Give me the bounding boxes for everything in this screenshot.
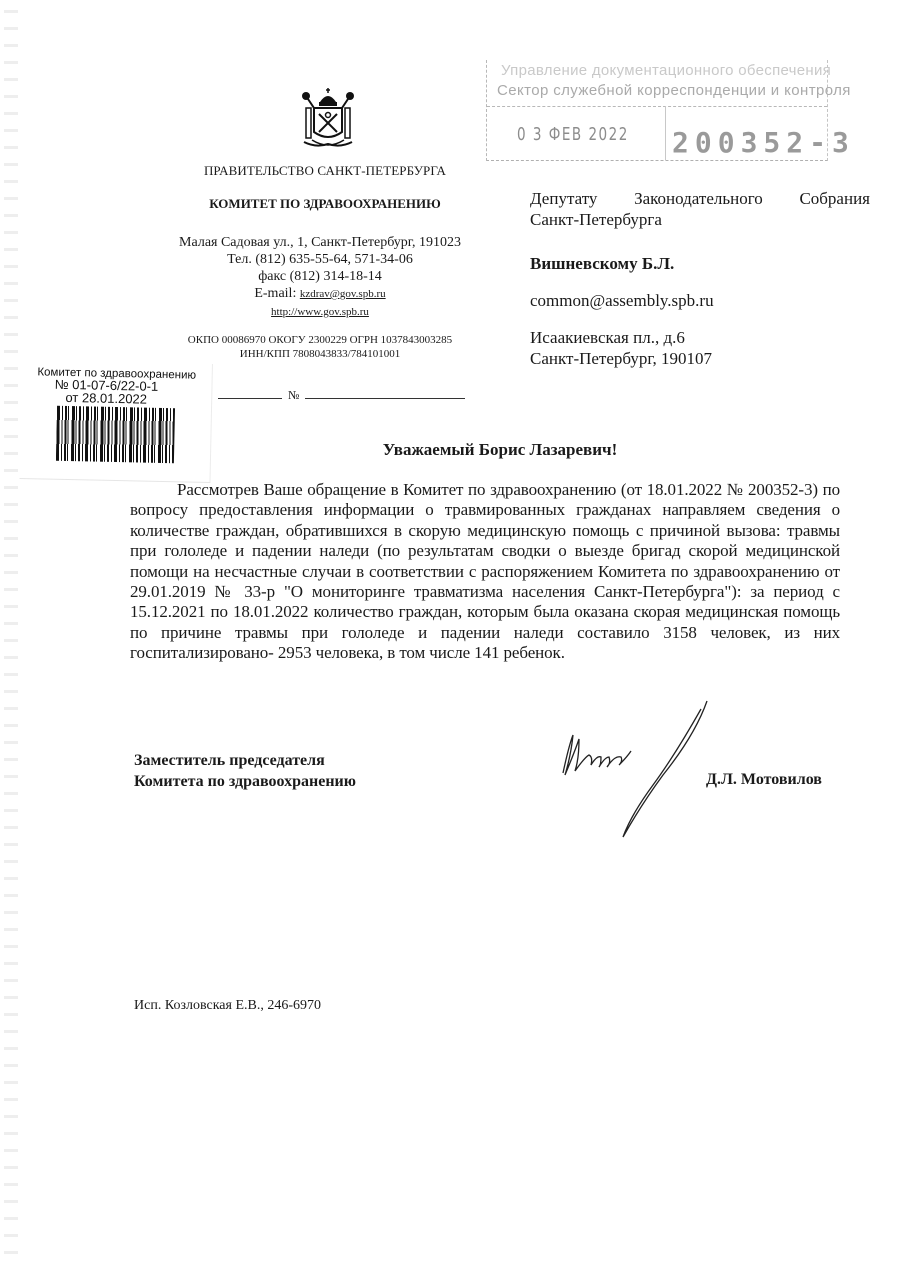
handwritten-signature-icon xyxy=(545,695,715,845)
stamp-divider xyxy=(487,106,827,107)
organization-ids: ОКПО 00086970 ОКОГУ 2300229 ОГРН 1037843… xyxy=(150,333,490,361)
stamp-vertical-divider xyxy=(665,106,666,160)
salutation: Уважаемый Борис Лазаревич! xyxy=(130,440,870,460)
recipient-name: Вишневскому Б.Л. xyxy=(530,253,870,274)
stamp-department: Управление документационного обеспечения xyxy=(501,62,831,79)
stamp-date: 0 3 ФЕВ 2022 xyxy=(517,124,629,145)
letterhead-phone: Тел. (812) 635-55-64, 571-34-06 xyxy=(150,251,490,268)
letterhead-address: Малая Садовая ул., 1, Санкт-Петербург, 1… xyxy=(150,234,490,251)
barcode-label: Комитет по здравоохранению № 01-07-6/22-… xyxy=(20,360,213,483)
executor-info: Исп. Козловская Е.В., 246-6970 xyxy=(134,998,321,1014)
outgoing-number-blank xyxy=(305,398,465,399)
letterhead-fax: факс (812) 314-18-14 xyxy=(150,268,490,285)
ids-line-1: ОКПО 00086970 ОКОГУ 2300229 ОГРН 1037843… xyxy=(150,333,490,347)
email-link[interactable]: kzdrav@gov.spb.ru xyxy=(300,288,386,300)
stamp-sector: Сектор служебной корреспонденции и контр… xyxy=(497,82,851,99)
coat-of-arms-icon xyxy=(298,88,358,150)
recipient-email: common@assembly.spb.ru xyxy=(530,290,870,311)
recipient-city: Санкт-Петербурга xyxy=(530,209,870,230)
letter-body: Рассмотрев Ваше обращение в Комитет по з… xyxy=(130,480,840,664)
signatory-name: Д.Л. Мотовилов xyxy=(706,771,822,789)
recipient-block: Депутату Законодательного Собрания Санкт… xyxy=(530,188,870,369)
letterhead-email-row: E-mail: kzdrav@gov.spb.ru xyxy=(150,285,490,303)
scan-edge-artifact xyxy=(4,10,18,1260)
recipient-position: Депутату Законодательного Собрания xyxy=(530,188,870,209)
government-name: ПРАВИТЕЛЬСТВО САНКТ-ПЕТЕРБУРГА xyxy=(160,163,490,179)
recipient-address-1: Исаакиевская пл., д.6 xyxy=(530,327,870,348)
committee-name: КОМИТЕТ ПО ЗДРАВООХРАНЕНИЮ xyxy=(160,196,490,212)
email-label: E-mail: xyxy=(254,286,296,301)
stamp-incoming-number: 200352-3 xyxy=(672,126,855,159)
registration-stamp: Управление документационного обеспечения… xyxy=(486,60,828,161)
signatory-title: Заместитель председателя Комитета по здр… xyxy=(134,750,356,792)
letterhead-contacts: Малая Садовая ул., 1, Санкт-Петербург, 1… xyxy=(150,234,490,321)
recipient-address-2: Санкт-Петербург, 190107 xyxy=(530,348,870,369)
website-link[interactable]: http://www.gov.spb.ru xyxy=(271,306,369,318)
outgoing-date-blank xyxy=(218,398,282,399)
number-sign: № xyxy=(288,388,299,402)
ids-line-2: ИНН/КПП 7808043833/784101001 xyxy=(150,347,490,361)
barcode-date: от 28.01.2022 xyxy=(21,391,191,407)
outgoing-number-field: № xyxy=(218,388,465,403)
